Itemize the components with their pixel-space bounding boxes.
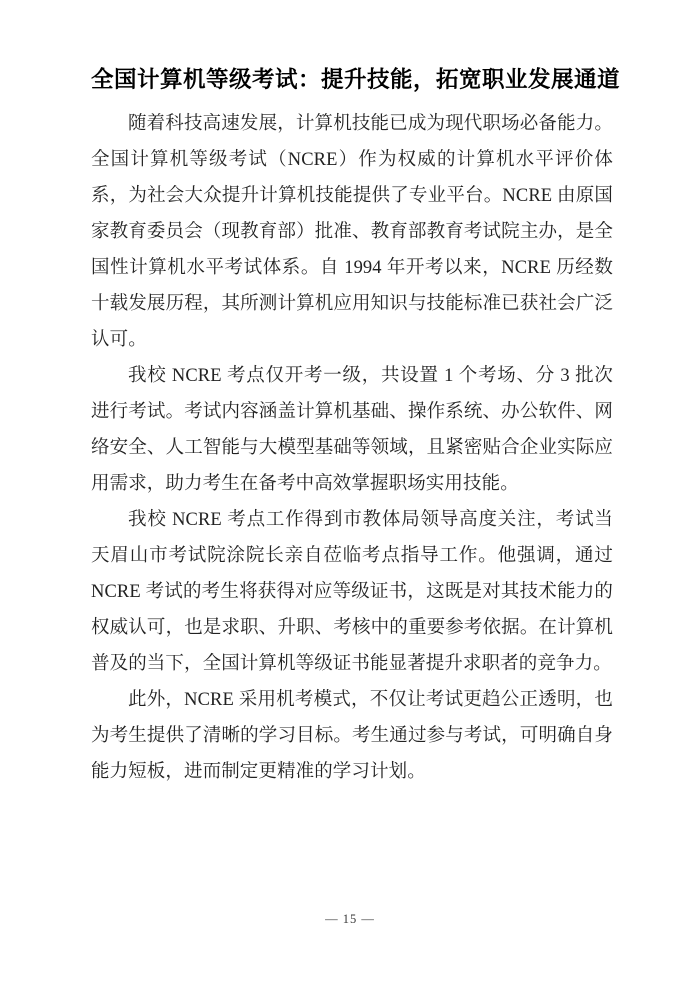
document-content: 全国计算机等级考试：提升技能，拓宽职业发展通道 随着科技高速发展，计算机技能已成… xyxy=(91,60,613,790)
paragraph-3: 我校 NCRE 考点工作得到市教体局领导高度关注，考试当天眉山市考试院涂院长亲自… xyxy=(91,502,613,682)
document-page: 全国计算机等级考试：提升技能，拓宽职业发展通道 随着科技高速发展，计算机技能已成… xyxy=(0,0,700,989)
paragraph-4: 此外，NCRE 采用机考模式，不仅让考试更趋公正透明，也为考生提供了清晰的学习目… xyxy=(91,682,613,790)
page-footer: — 15 — xyxy=(0,910,700,928)
page-number: — 15 — xyxy=(325,912,375,926)
paragraph-1: 随着科技高速发展，计算机技能已成为现代职场必备能力。全国计算机等级考试（NCRE… xyxy=(91,106,613,358)
paragraph-2: 我校 NCRE 考点仅开考一级，共设置 1 个考场、分 3 批次进行考试。考试内… xyxy=(91,358,613,502)
document-title: 全国计算机等级考试：提升技能，拓宽职业发展通道 xyxy=(91,60,613,106)
